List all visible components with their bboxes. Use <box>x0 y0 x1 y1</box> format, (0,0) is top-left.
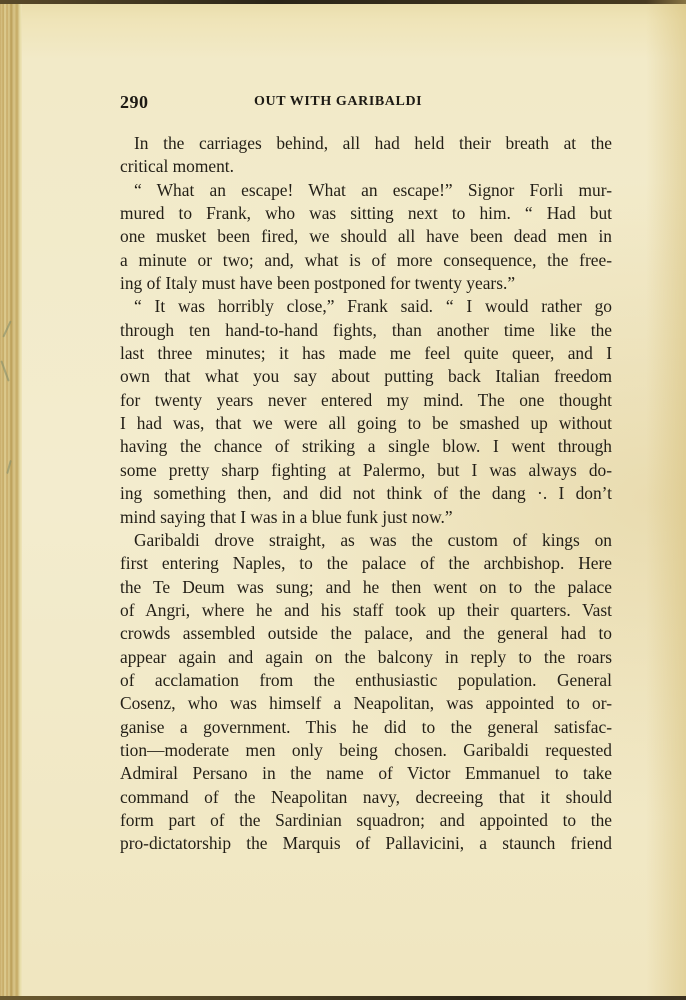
text-line: I had was, that we were all going to be … <box>120 412 612 435</box>
text-line: for twenty years never entered my mind. … <box>120 389 612 412</box>
book-page: 290 OUT WITH GARIBALDI In the carriages … <box>0 0 686 1000</box>
text-line: In the carriages behind, all had held th… <box>120 132 612 155</box>
text-line: last three minutes; it has made me feel … <box>120 342 612 365</box>
running-header: 290 OUT WITH GARIBALDI <box>120 92 612 114</box>
text-line: ing something then, and did not think of… <box>120 482 612 505</box>
text-line: ing of Italy must have been postponed fo… <box>120 272 612 295</box>
text-line: ganise a government. This he did to the … <box>120 716 612 739</box>
text-line: Cosenz, who was himself a Neapolitan, wa… <box>120 692 612 715</box>
text-line: tion—moderate men only being chosen. Gar… <box>120 739 612 762</box>
text-line: critical moment. <box>120 155 612 178</box>
body-text: In the carriages behind, all had held th… <box>120 132 612 856</box>
text-line: mured to Frank, who was sitting next to … <box>120 202 612 225</box>
text-line: Admiral Persano in the name of Victor Em… <box>120 762 612 785</box>
text-line: “ It was horribly close,” Frank said. “ … <box>120 295 612 318</box>
text-line: own that what you say about putting back… <box>120 365 612 388</box>
text-line: of Angri, where he and his staff took up… <box>120 599 612 622</box>
text-line: a minute or two; and, what is of more co… <box>120 249 612 272</box>
text-line: the Te Deum was sung; and he then went o… <box>120 576 612 599</box>
book-spine-edge <box>0 4 22 996</box>
text-line: form part of the Sardinian squadron; and… <box>120 809 612 832</box>
page-curve-shadow <box>646 0 686 1000</box>
text-line: some pretty sharp fighting at Palermo, b… <box>120 459 612 482</box>
text-line: command of the Neapolitan navy, decreein… <box>120 786 612 809</box>
page-top-edge <box>0 0 686 4</box>
text-line: appear again and again on the balcony in… <box>120 646 612 669</box>
running-title: OUT WITH GARIBALDI <box>254 94 422 110</box>
text-line: through ten hand-to-hand fights, than an… <box>120 319 612 342</box>
text-line: mind saying that I was in a blue funk ju… <box>120 506 612 529</box>
text-line: “ What an escape! What an escape!” Signo… <box>120 179 612 202</box>
text-line: of acclamation from the enthusiastic pop… <box>120 669 612 692</box>
text-line: first entering Naples, to the palace of … <box>120 552 612 575</box>
text-line: pro-dictatorship the Marquis of Pallavic… <box>120 832 612 855</box>
text-line: one musket been fired, we should all hav… <box>120 225 612 248</box>
text-line: crowds assembled outside the palace, and… <box>120 622 612 645</box>
text-line: having the chance of striking a single b… <box>120 435 612 458</box>
text-line: Garibaldi drove straight, as was the cus… <box>120 529 612 552</box>
page-number: 290 <box>120 92 149 113</box>
page-bottom-edge <box>0 996 686 1000</box>
